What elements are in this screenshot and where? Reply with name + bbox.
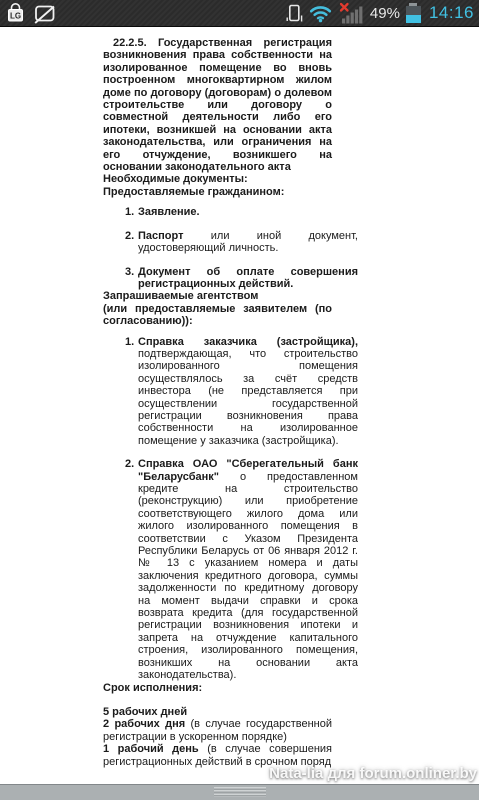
document-content: 22.2.5. Государственная регистрация возн… (103, 37, 358, 768)
quickmemo-icon (32, 3, 57, 24)
list-item-text: Справка ОАО "Сберегательный банк "Белару… (138, 458, 358, 681)
wifi-icon (309, 3, 332, 23)
list-item-text: Заявление. (138, 206, 358, 218)
terms-block: 5 рабочих дней 2 рабочих дня (в случае г… (103, 706, 358, 768)
list-item: 1. Заявление. (125, 206, 358, 218)
list-item-text: Паспорт или иной документ, удостоверяющи… (138, 230, 358, 255)
clock: 14:16 (427, 3, 474, 23)
term-heading: Срок исполнения: (103, 682, 358, 694)
vibrate-icon (286, 3, 303, 23)
list-item-number: 2. (125, 230, 138, 255)
forum-watermark: Nata-lia для forum.onliner.by (269, 765, 477, 782)
signal-strength-no-service-icon (338, 2, 364, 24)
bottom-panel-bar (0, 784, 479, 800)
phone-screen: { "status_bar": { "lg_badge": "LG", "bat… (0, 0, 479, 800)
battery-fill (406, 15, 421, 23)
status-bar-right: 49% 14:16 (286, 2, 474, 24)
drag-handle[interactable] (214, 787, 266, 797)
clause-number: 22.2.5. (113, 37, 147, 49)
list-item-number: 3. (125, 266, 138, 291)
agency-heading: Запрашиваемые агентством(или предоставля… (103, 290, 358, 327)
list-item: 1. Справка заказчика (застройщика), подт… (125, 336, 358, 448)
term-line: 2 рабочих дня (в случае государственной … (103, 718, 358, 743)
required-docs-heading: Необходимые документы: (103, 173, 358, 185)
list-item-number: 2. (125, 458, 138, 681)
battery-percent: 49% (370, 5, 400, 22)
list-item-number: 1. (125, 336, 138, 448)
battery-body (406, 6, 421, 23)
list-item-text: Справка заказчика (застройщика), подтвер… (138, 336, 358, 448)
clause-paragraph: 22.2.5. Государственная регистрация возн… (103, 37, 358, 173)
clause-text: Государственная регистрация возникновени… (103, 37, 332, 173)
document-page[interactable]: 22.2.5. Государственная регистрация возн… (0, 28, 479, 784)
battery-icon (406, 3, 421, 24)
agency-documents-list: 1. Справка заказчика (застройщика), подт… (103, 336, 358, 682)
lg-smartworld-icon: LG (5, 2, 26, 24)
citizen-documents-list: 1. Заявление. 2. Паспорт или иной докуме… (103, 206, 358, 290)
list-item-number: 1. (125, 206, 138, 218)
no-service-x-icon (341, 4, 348, 11)
list-item-text: Документ об оплате совершения регистраци… (138, 266, 358, 291)
status-bar: LG 49% (0, 0, 479, 27)
list-item: 3. Документ об оплате совершения регистр… (125, 266, 358, 291)
term-line: 5 рабочих дней (103, 706, 358, 718)
list-item: 2. Справка ОАО "Сберегательный банк "Бел… (125, 458, 358, 681)
status-bar-left: LG (5, 2, 57, 24)
citizen-heading: Предоставляемые гражданином: (103, 186, 358, 198)
lg-badge-text: LG (10, 12, 21, 21)
list-item: 2. Паспорт или иной документ, удостоверя… (125, 230, 358, 255)
